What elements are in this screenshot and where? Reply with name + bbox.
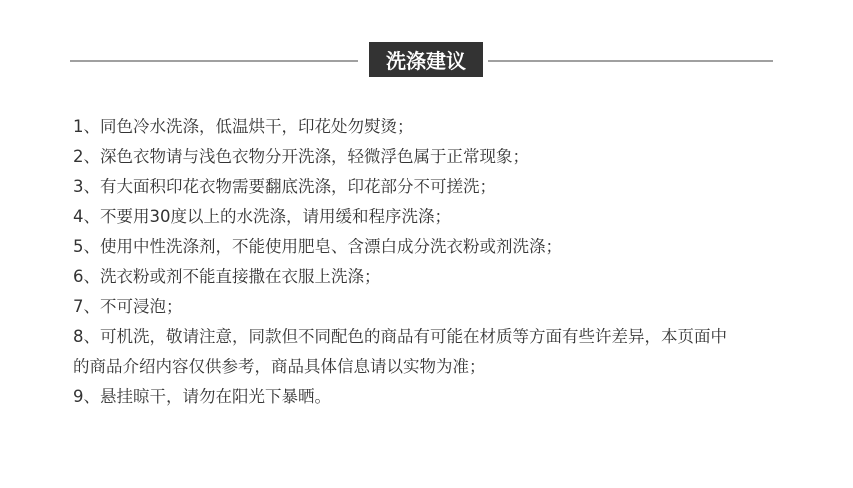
instruction-item: 7、不可浸泡； bbox=[73, 292, 803, 322]
section-title: 洗涤建议 bbox=[369, 42, 483, 77]
section-title-text: 洗涤建议 bbox=[386, 45, 466, 74]
instruction-item: 2、深色衣物请与浅色衣物分开洗涤，轻微浮色属于正常现象； bbox=[73, 142, 803, 172]
instruction-item: 3、有大面积印花衣物需要翻底洗涤，印花部分不可搓洗； bbox=[73, 172, 803, 202]
instruction-item: 4、不要用30度以上的水洗涤，请用缓和程序洗涤； bbox=[73, 202, 803, 232]
divider-right bbox=[488, 60, 773, 62]
instruction-item: 5、使用中性洗涤剂，不能使用肥皂、含漂白成分洗衣粉或剂洗涤； bbox=[73, 232, 803, 262]
washing-instructions-list: 1、同色冷水洗涤，低温烘干，印花处勿熨烫； 2、深色衣物请与浅色衣物分开洗涤，轻… bbox=[73, 112, 803, 412]
divider-left bbox=[70, 60, 358, 62]
instruction-item-continued: 的商品介绍内容仅供参考，商品具体信息请以实物为准； bbox=[73, 352, 803, 382]
instruction-item: 8、可机洗，敬请注意，同款但不同配色的商品有可能在材质等方面有些许差异，本页面中 bbox=[73, 322, 803, 352]
instruction-item: 1、同色冷水洗涤，低温烘干，印花处勿熨烫； bbox=[73, 112, 803, 142]
instruction-item: 9、悬挂晾干，请勿在阳光下暴晒。 bbox=[73, 382, 803, 412]
instruction-item: 6、洗衣粉或剂不能直接撒在衣服上洗涤； bbox=[73, 262, 803, 292]
